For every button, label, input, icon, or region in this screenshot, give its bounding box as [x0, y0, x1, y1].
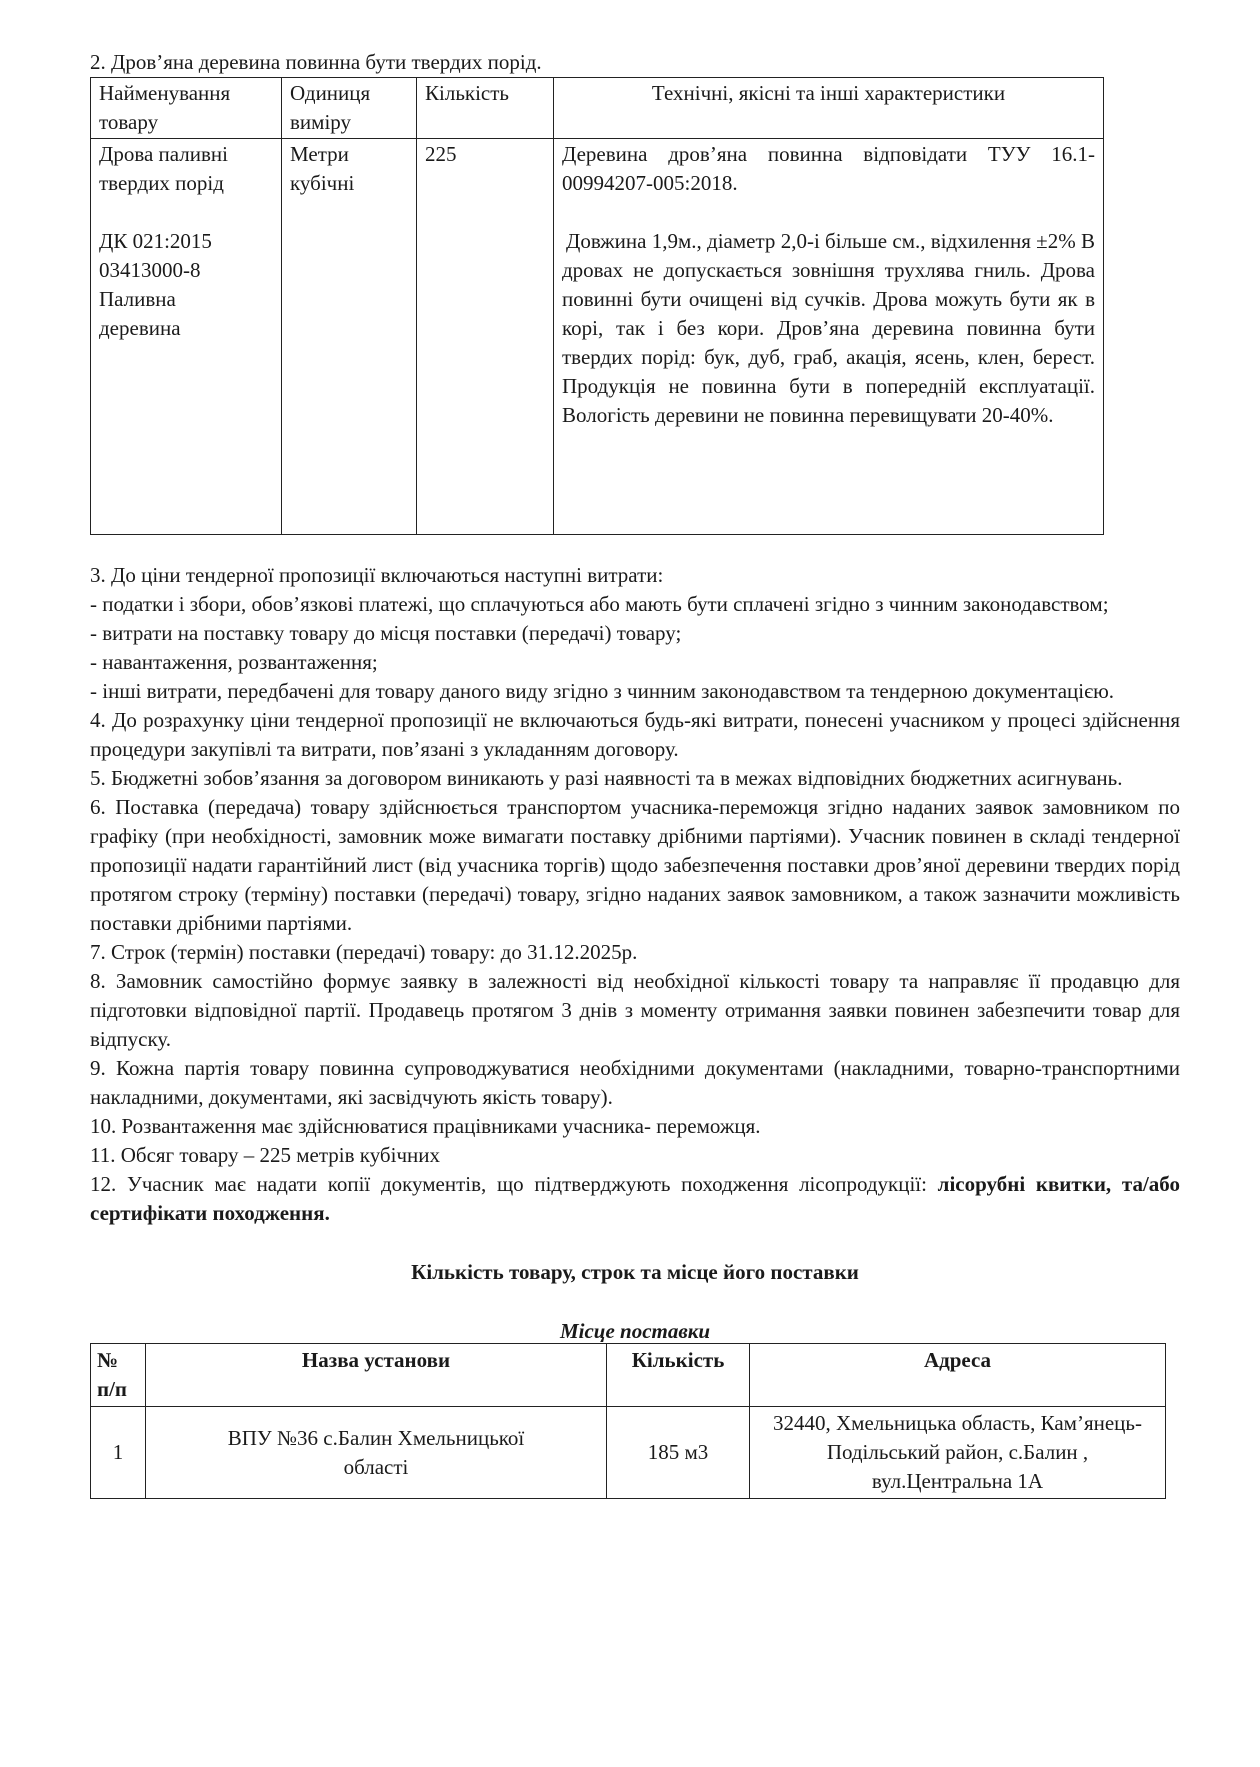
delivery-table: № п/п Назва установи Кількість Адреса 1 … [90, 1343, 1166, 1499]
spacer [99, 198, 273, 227]
cell-quantity: 225 [417, 139, 554, 535]
spec-paragraph-1: Деревина дров’яна повинна відповідати ТУ… [562, 140, 1095, 198]
list-item: - інші витрати, передбачені для товару д… [90, 677, 1180, 706]
list-item: - навантаження, розвантаження; [90, 648, 1180, 677]
cell-characteristics: Деревина дров’яна повинна відповідати ТУ… [554, 139, 1104, 535]
cell-product-name: Дрова паливні твердих порід ДК 021:2015 … [91, 139, 282, 535]
header-characteristics: Технічні, якісні та інші характеристики [554, 78, 1104, 139]
list-item: 10. Розвантаження має здійснюватися прац… [90, 1112, 1180, 1141]
cell-address: 32440, Хмельницька область, Кам’янець-По… [750, 1407, 1166, 1499]
spec-paragraph-2: Довжина 1,9м., діаметр 2,0-і більше см.,… [562, 227, 1095, 430]
list-item: - витрати на поставку товару до місця по… [90, 619, 1180, 648]
list-item: 3. До ціни тендерної пропозиції включают… [90, 561, 1180, 590]
product-code-line: 03413000-8 [99, 256, 273, 285]
list-item: 8. Замовник самостійно формує заявку в з… [90, 967, 1180, 1054]
spec-table-row: Дрова паливні твердих порід ДК 021:2015 … [91, 139, 1104, 535]
header-unit: Одиниця виміру [282, 78, 417, 139]
header-quantity: Кількість [417, 78, 554, 139]
product-code-line: Паливна [99, 285, 273, 314]
cell-quantity: 185 м3 [607, 1407, 750, 1499]
delivery-table-header-row: № п/п Назва установи Кількість Адреса [91, 1344, 1166, 1407]
list-item-12: 12. Учасник має надати копії документів,… [90, 1170, 1180, 1228]
list-item: 11. Обсяг товару – 225 метрів кубічних [90, 1141, 1180, 1170]
product-name-line: Дрова паливні [99, 140, 273, 169]
delivery-section-title: Кількість товару, строк та місце його по… [90, 1258, 1180, 1287]
list-item: 6. Поставка (передача) товару здійснюєть… [90, 793, 1180, 938]
spacer [562, 198, 1095, 227]
product-name-line: твердих порід [99, 169, 273, 198]
section-2-heading: 2. Дров’яна деревина повинна бути тверди… [90, 48, 1180, 77]
product-code-line: ДК 021:2015 [99, 227, 273, 256]
delivery-table-caption: Місце поставки [90, 1319, 1180, 1343]
spec-table: Найменування товару Одиниця виміру Кільк… [90, 77, 1104, 535]
header-institution-name: Назва установи [146, 1344, 607, 1407]
list-item: 9. Кожна партія товару повинна супроводж… [90, 1054, 1180, 1112]
header-address: Адреса [750, 1344, 1166, 1407]
cell-unit: Метри кубічні [282, 139, 417, 535]
table-row: 1 ВПУ №36 с.Балин Хмельницької області 1… [91, 1407, 1166, 1499]
list-item: 5. Бюджетні зобов’язання за договором ви… [90, 764, 1180, 793]
product-code-line: деревина [99, 314, 273, 343]
header-quantity: Кількість [607, 1344, 750, 1407]
header-product-name: Найменування товару [91, 78, 282, 139]
document-page: 2. Дров’яна деревина повинна бути тверди… [90, 48, 1180, 1499]
spec-table-header-row: Найменування товару Одиниця виміру Кільк… [91, 78, 1104, 139]
header-number: № п/п [91, 1344, 146, 1407]
list-item: 4. До розрахунку ціни тендерної пропозиц… [90, 706, 1180, 764]
cell-number: 1 [91, 1407, 146, 1499]
cell-institution-name: ВПУ №36 с.Балин Хмельницької області [146, 1407, 607, 1499]
list-item: 7. Строк (термін) поставки (передачі) то… [90, 938, 1180, 967]
item-12-text: 12. Учасник має надати копії документів,… [90, 1172, 938, 1196]
conditions-list: 3. До ціни тендерної пропозиції включают… [90, 561, 1180, 1228]
list-item: - податки і збори, обов’язкові платежі, … [90, 590, 1180, 619]
